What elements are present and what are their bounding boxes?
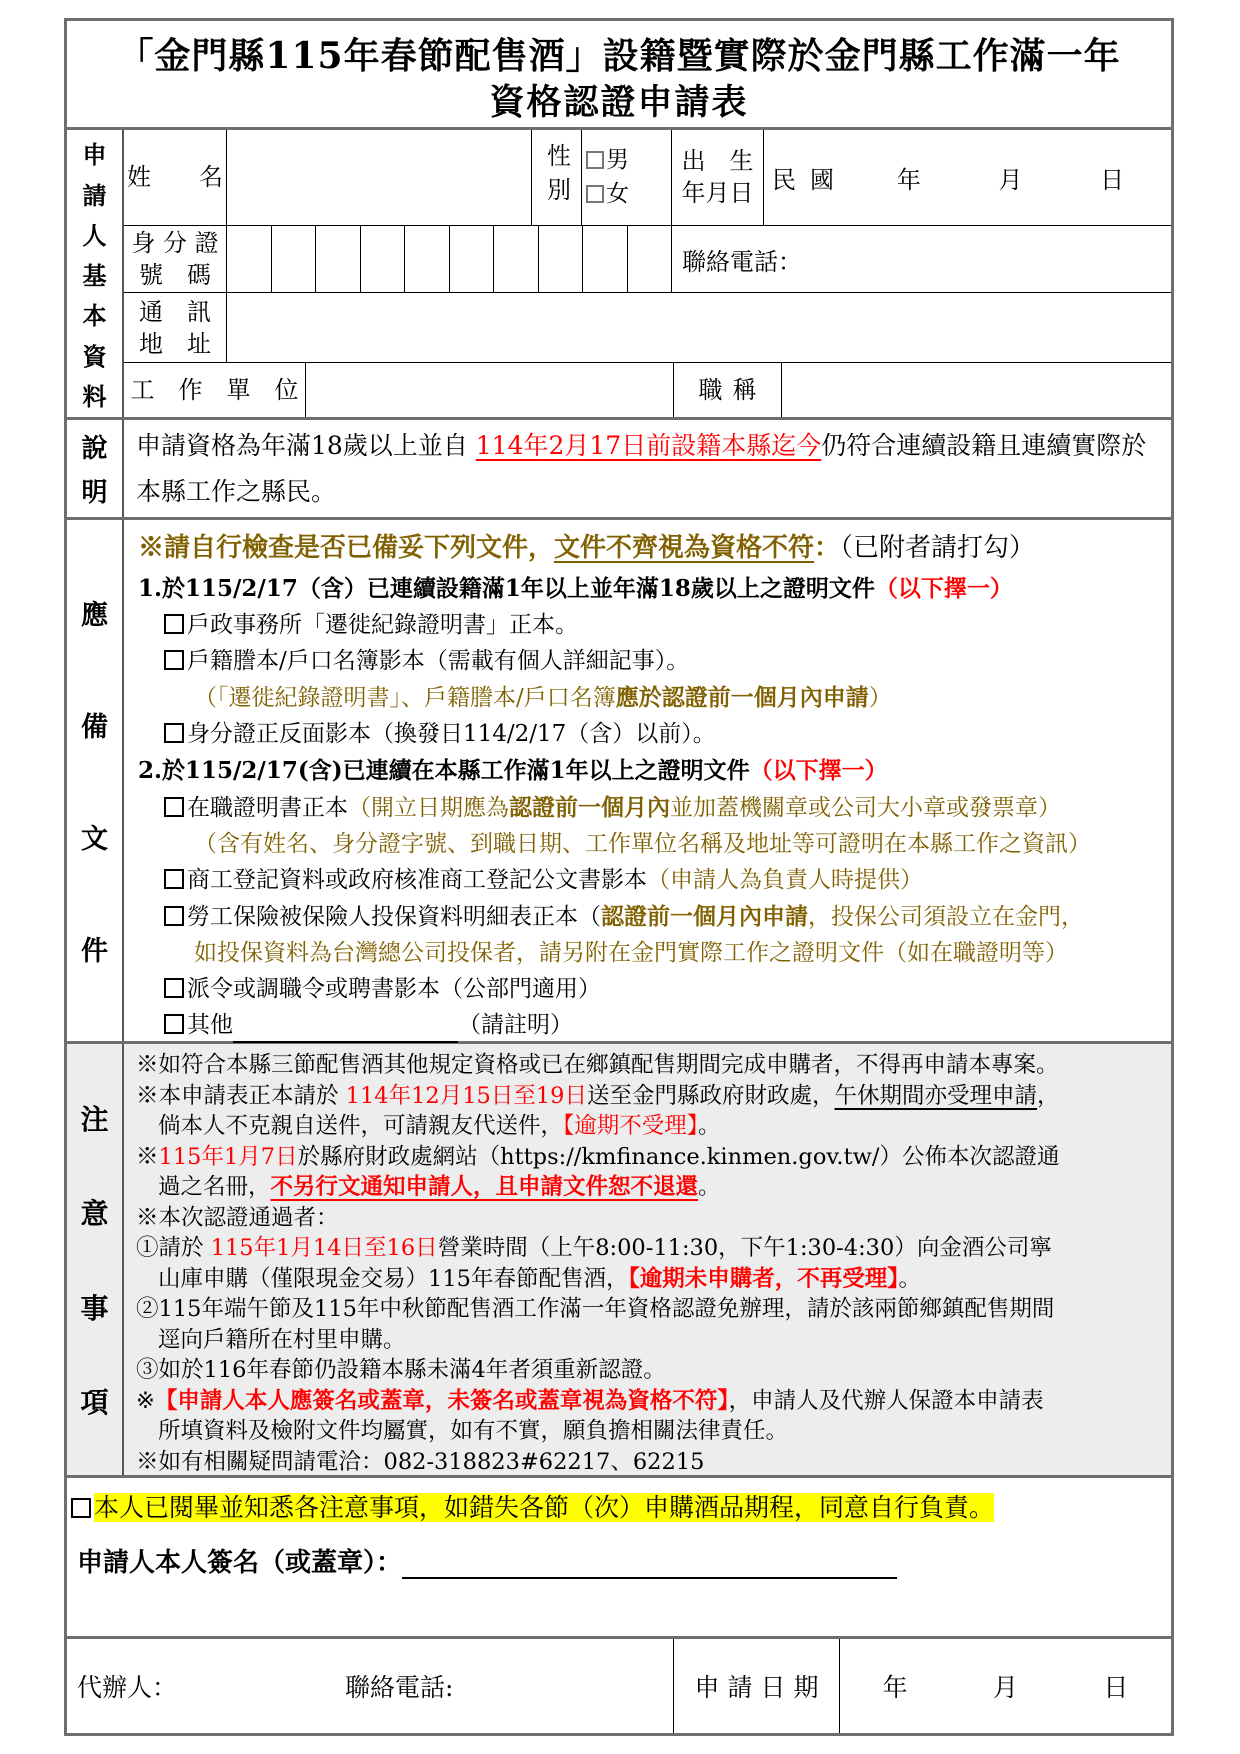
contact-phone-field[interactable]: 聯絡電話：	[672, 226, 1171, 293]
text-line: 2.於115/2/17(含)已連續在本縣工作滿1年以上之證明文件（以下擇一）	[138, 753, 1165, 789]
text-segment: 並加蓋機關章或公司大小章或發票章）	[670, 795, 1061, 821]
address-label: 通 訊 地 址	[124, 293, 227, 362]
gender-male-option[interactable]: 男	[586, 143, 629, 177]
text-segment: ）	[869, 685, 892, 711]
checkbox-icon[interactable]	[164, 614, 184, 634]
checkbox-icon[interactable]	[71, 1498, 91, 1518]
text-line: ※本次認證通過者：	[136, 1203, 1165, 1234]
text-segment: ※如符合本縣三節配售酒其他規定資格或已在鄉鎮配售期間完成申購者，不得再申請本專案…	[136, 1052, 1059, 1078]
checkbox-icon[interactable]	[164, 869, 184, 889]
application-date-field[interactable]: 年 月 日	[840, 1639, 1171, 1733]
text-segment: 申請資格為年滿18歲以上並自	[136, 431, 476, 460]
checkbox-icon[interactable]	[164, 797, 184, 817]
checkbox-icon[interactable]	[164, 978, 184, 998]
address-row: 通 訊 地 址	[124, 293, 1171, 363]
checkbox-icon[interactable]	[164, 723, 184, 743]
text-segment: 倘本人不克親自送件，可請親友代送件，	[158, 1113, 563, 1139]
basic-info-section: 申請人基本資料 姓 名 性別 男 女 出 生 年月日 民國	[67, 130, 1171, 420]
text-segment: 2.於115/2/17(含)已連續在本縣工作滿1年以上之證明文件	[138, 757, 750, 784]
birthdate-label: 出 生 年月日	[672, 130, 764, 225]
text-segment: 【逾期不受理】	[563, 1113, 698, 1139]
workplace-input-field[interactable]	[306, 363, 674, 417]
text-segment: 商工登記資料或政府核准商工登記公文書影本	[187, 867, 647, 893]
contact-phone-label: 聯絡電話：	[682, 242, 802, 277]
id-digit-cell[interactable]	[272, 226, 317, 293]
text-line: 商工登記資料或政府核准商工登記公文書影本（申請人為負責人時提供）	[138, 863, 1165, 898]
id-digit-cell[interactable]	[494, 226, 539, 293]
application-form: 「金門縣115年春節配售酒」設籍暨實際於金門縣工作滿一年 資格認證申請表 申請人…	[64, 18, 1174, 1736]
signature-input-line[interactable]	[402, 1551, 897, 1579]
text-line: ③如於116年春節仍設籍本縣未滿4年者須重新認證。	[136, 1355, 1165, 1386]
text-line: 如投保資料為台灣總公司投保者，請另附在金門實際工作之證明文件（如在職證明等）	[138, 936, 1165, 971]
text-line: 過之名冊，不另行文通知申請人，且申請文件恕不退還。	[136, 1172, 1165, 1203]
text-segment: ，	[1037, 1083, 1060, 1109]
text-line: 其他（請註明）	[138, 1008, 1165, 1043]
text-line: ※請自行檢查是否已備妥下列文件，文件不齊視為資格不符：（已附者請打勾）	[138, 526, 1165, 570]
agent-phone-label: 聯絡電話:	[345, 1668, 453, 1704]
text-segment: ：	[814, 533, 840, 563]
text-segment: 115年1月14日至16日	[211, 1235, 438, 1261]
application-date-label: 申請日期	[674, 1639, 840, 1733]
text-segment: 所填資料及檢附文件均屬實，如有不實，願負擔相關法律責任。	[158, 1418, 788, 1444]
male-checkbox-icon[interactable]	[586, 151, 604, 169]
text-segment: 勞工保險被保險人投保資料明細表正本（	[187, 904, 601, 930]
text-line: 1.於115/2/17（含）已連續設籍滿1年以上並年滿18歲以上之證明文件（以下…	[138, 571, 1165, 607]
text-line: 山庫申購（僅限現金交易）115年春節配售酒，【逾期未申購者，不再受理】。	[136, 1264, 1165, 1295]
text-segment: 應於認證前一個月內申請	[616, 684, 869, 711]
text-segment: 其他	[187, 1012, 233, 1038]
id-digit-cell[interactable]	[405, 226, 450, 293]
form-title: 「金門縣115年春節配售酒」設籍暨實際於金門縣工作滿一年 資格認證申請表	[67, 21, 1171, 130]
workplace-row: 工 作 單 位 職稱	[124, 363, 1171, 417]
id-digit-cell[interactable]	[361, 226, 406, 293]
text-segment: 114年2月17日前設籍本縣迄今	[476, 431, 821, 460]
form-title-line2: 資格認證申請表	[67, 81, 1171, 125]
text-segment: 山庫申購（僅限現金交易）115年春節配售酒，	[158, 1266, 628, 1292]
checkbox-icon[interactable]	[164, 1014, 184, 1034]
text-line: ※115年1月7日於縣府財政處網站（https://kmfinance.kinm…	[136, 1142, 1165, 1173]
checkbox-icon[interactable]	[164, 650, 184, 670]
text-line: （「遷徙紀錄證明書」、戶籍謄本/戶口名簿應於認證前一個月內申請）	[138, 680, 1165, 716]
required-documents-list: ※請自行檢查是否已備妥下列文件，文件不齊視為資格不符：（已附者請打勾）1.於11…	[124, 520, 1171, 1041]
gender-checkbox-cell: 男 女	[582, 130, 672, 225]
text-segment: （已附者請打勾）	[840, 533, 1035, 563]
text-segment: 如投保資料為台灣總公司投保者，請另附在金門實際工作之證明文件（如在職證明等）	[194, 940, 1068, 966]
text-segment: ※如有相關疑問請電洽：082-318823#62217、62215	[136, 1449, 704, 1475]
signature-row: 申請人本人簽名（或蓋章）：	[71, 1542, 1163, 1579]
text-line: 本人已閱畢並知悉各注意事項，如錯失各節（次）申購酒品期程，同意自行負責。	[71, 1488, 1163, 1528]
text-line: ②115年端午節及115年中秋節配售酒工作滿一年資格認證免辦理，請於該兩節鄉鎮配…	[136, 1294, 1165, 1325]
workplace-label: 工 作 單 位	[124, 363, 306, 417]
explanation-sidebar-label: 說明	[67, 420, 124, 517]
text-segment: 不另行文通知申請人，且申請文件恕不退還	[271, 1174, 699, 1200]
required-documents-section: 應備文件 ※請自行檢查是否已備妥下列文件，文件不齊視為資格不符：（已附者請打勾）…	[67, 520, 1171, 1044]
text-segment: 【申請人本人應簽名或蓋章，未簽名或蓋章視為資格不符】	[155, 1388, 729, 1414]
explanation-section: 說明 申請資格為年滿18歲以上並自 114年2月17日前設籍本縣迄今仍符合連續設…	[67, 420, 1171, 520]
text-segment: 認證前一個月內申請	[601, 903, 808, 930]
signature-label: 申請人本人簽名（或蓋章）：	[77, 1548, 402, 1578]
text-segment: 【逾期未申購者，不再受理】	[628, 1266, 898, 1292]
id-digit-cell[interactable]	[227, 226, 272, 293]
text-segment: ※本申請表正本請於	[136, 1083, 346, 1109]
text-segment: （以下擇一）	[875, 575, 1013, 602]
text-segment: （申請人為負責人時提供）	[647, 867, 923, 893]
job-title-input-field[interactable]	[782, 363, 1171, 417]
id-number-label: 身 分 證 號 碼	[124, 226, 227, 293]
birth-day-label: 日	[1061, 160, 1163, 195]
text-line: 戶籍謄本/戶口名簿影本（需載有個人詳細記事）。	[138, 644, 1165, 679]
notes-list: ※如符合本縣三節配售酒其他規定資格或已在鄉鎮配售期間完成申購者，不得再申請本專案…	[124, 1044, 1171, 1475]
text-segment: ①請於	[136, 1235, 211, 1261]
text-segment: ，投保公司須設立在金門，	[808, 904, 1084, 930]
text-segment: 文件不齊視為資格不符	[554, 533, 814, 563]
id-digit-cells	[227, 226, 672, 293]
text-segment: ※	[136, 1144, 159, 1170]
date-year-label: 年	[840, 1668, 950, 1704]
text-line: ※本申請表正本請於 114年12月15日至19日送至金門縣政府財政處，午休期間亦…	[136, 1081, 1165, 1112]
text-segment: ③如於116年春節仍設籍本縣未滿4年者須重新認證。	[136, 1357, 666, 1383]
text-segment: 營業時間（上午8:00-11:30，下午1:30-4:30）向金酒公司寧	[438, 1235, 1052, 1261]
birthdate-input-field[interactable]: 民國 年 月 日	[764, 130, 1171, 225]
name-input-field[interactable]	[227, 130, 532, 225]
id-digit-cell[interactable]	[539, 226, 584, 293]
birth-era-label: 民國	[772, 160, 848, 195]
text-line: ※【申請人本人應簽名或蓋章，未簽名或蓋章視為資格不符】，申請人及代辦人保證本申請…	[136, 1386, 1165, 1417]
name-row: 姓 名 性別 男 女 出 生 年月日 民國 年 月	[124, 130, 1171, 226]
text-segment: 派令或調職令或聘書影本（公部門適用）	[187, 976, 601, 1002]
text-line: 派令或調職令或聘書影本（公部門適用）	[138, 972, 1165, 1007]
text-segment: 115年1月7日	[159, 1144, 298, 1170]
text-segment: （含有姓名、身分證字號、到職日期、工作單位名稱及地址等可證明在本縣工作之資訊）	[194, 831, 1091, 857]
fill-in-blank-line[interactable]	[233, 1018, 458, 1043]
text-segment: 在職證明書正本	[187, 795, 348, 821]
id-digit-cell[interactable]	[583, 226, 628, 293]
text-line: ※如有相關疑問請電洽：082-318823#62217、62215	[136, 1447, 1165, 1478]
checkbox-icon[interactable]	[164, 906, 184, 926]
text-segment: 身分證正反面影本（換發日114/2/17（含）以前）。	[187, 721, 716, 747]
text-line: ※如符合本縣三節配售酒其他規定資格或已在鄉鎮配售期間完成申購者，不得再申請本專案…	[136, 1050, 1165, 1081]
agent-cell: 代辦人： 聯絡電話:	[67, 1639, 674, 1733]
text-segment: ，申請人及代辦人保證本申請表	[729, 1388, 1044, 1414]
text-segment: 認證前一個月內	[509, 794, 670, 821]
text-line: ①請於 115年1月14日至16日營業時間（上午8:00-11:30，下午1:3…	[136, 1233, 1165, 1264]
text-segment: 本人已閱畢並知悉各注意事項，如錯失各節（次）申購酒品期程，同意自行負責。	[94, 1493, 994, 1522]
text-segment: 。	[698, 1174, 721, 1200]
text-segment: ②115年端午節及115年中秋節配售酒工作滿一年資格認證免辦理，請於該兩節鄉鎮配…	[136, 1296, 1054, 1322]
text-line: 身分證正反面影本（換發日114/2/17（含）以前）。	[138, 717, 1165, 752]
text-segment: 戶政事務所「遷徙紀錄證明書」正本。	[187, 612, 578, 638]
text-line: 勞工保險被保險人投保資料明細表正本（認證前一個月內申請，投保公司須設立在金門，	[138, 899, 1165, 935]
birth-year-label: 年	[858, 160, 960, 195]
text-segment: 逕向戶籍所在村里申購。	[158, 1327, 406, 1353]
text-segment: 戶籍謄本/戶口名簿影本（需載有個人詳細記事）。	[187, 648, 689, 674]
notes-sidebar-label: 注意事項	[67, 1044, 124, 1475]
text-segment: （請註明）	[458, 1012, 573, 1038]
required-documents-sidebar-label: 應備文件	[67, 520, 124, 1041]
text-segment: （以下擇一）	[750, 757, 888, 784]
gender-female-option[interactable]: 女	[586, 177, 629, 211]
text-line: 在職證明書正本（開立日期應為認證前一個月內並加蓋機關章或公司大小章或發票章）	[138, 790, 1165, 826]
text-segment: 。	[898, 1266, 921, 1292]
text-segment: （「遷徙紀錄證明書」、戶籍謄本/戶口名簿	[194, 685, 616, 711]
id-digit-cell[interactable]	[628, 226, 672, 293]
consent-statement: 本人已閱畢並知悉各注意事項，如錯失各節（次）申購酒品期程，同意自行負責。	[71, 1488, 1163, 1528]
text-line: 申請資格為年滿18歲以上並自 114年2月17日前設籍本縣迄今仍符合連續設籍且連…	[136, 423, 1161, 515]
id-number-row: 身 分 證 號 碼 聯絡電話：	[124, 226, 1171, 294]
text-segment: ※	[136, 1388, 155, 1414]
explanation-text: 申請資格為年滿18歲以上並自 114年2月17日前設籍本縣迄今仍符合連續設籍且連…	[124, 420, 1171, 517]
id-digit-cell[interactable]	[450, 226, 495, 293]
date-month-label: 月	[950, 1668, 1060, 1704]
text-segment: 於縣府財政處網站（https://kmfinance.kinmen.gov.tw…	[298, 1144, 1060, 1170]
name-label: 姓 名	[124, 130, 227, 225]
consent-section: 本人已閱畢並知悉各注意事項，如錯失各節（次）申購酒品期程，同意自行負責。 申請人…	[67, 1478, 1171, 1639]
notes-section: 注意事項 ※如符合本縣三節配售酒其他規定資格或已在鄉鎮配售期間完成申購者，不得再…	[67, 1044, 1171, 1478]
gender-label: 性別	[532, 130, 582, 225]
text-segment: 午休期間亦受理申請	[835, 1083, 1038, 1109]
job-title-label: 職稱	[674, 363, 782, 417]
text-segment: （開立日期應為	[348, 795, 509, 821]
address-input-field[interactable]	[227, 293, 1171, 362]
birth-month-label: 月	[960, 160, 1062, 195]
text-line: 戶政事務所「遷徙紀錄證明書」正本。	[138, 608, 1165, 643]
text-line: 倘本人不克親自送件，可請親友代送件，【逾期不受理】。	[136, 1111, 1165, 1142]
text-segment: 過之名冊，	[158, 1174, 271, 1200]
id-digit-cell[interactable]	[316, 226, 361, 293]
text-line: （含有姓名、身分證字號、到職日期、工作單位名稱及地址等可證明在本縣工作之資訊）	[138, 827, 1165, 862]
text-segment: 。	[698, 1113, 721, 1139]
text-segment: 1.於115/2/17（含）已連續設籍滿1年以上並年滿18歲以上之證明文件	[138, 575, 875, 602]
basic-info-sidebar-label: 申請人基本資料	[67, 130, 124, 417]
text-segment: 114年12月15日至19日	[346, 1083, 587, 1109]
text-segment: 送至金門縣政府財政處，	[587, 1083, 835, 1109]
text-segment: ※本次認證通過者：	[136, 1205, 339, 1231]
agent-label: 代辦人：	[77, 1668, 177, 1704]
text-line: 所填資料及檢附文件均屬實，如有不實，願負擔相關法律責任。	[136, 1416, 1165, 1447]
date-day-label: 日	[1061, 1668, 1171, 1704]
text-line: 逕向戶籍所在村里申購。	[136, 1325, 1165, 1356]
form-title-line1: 「金門縣115年春節配售酒」設籍暨實際於金門縣工作滿一年	[67, 31, 1171, 81]
footer-row: 代辦人： 聯絡電話: 申請日期 年 月 日	[67, 1639, 1171, 1733]
text-segment: ※請自行檢查是否已備妥下列文件，	[138, 533, 554, 563]
female-checkbox-icon[interactable]	[586, 185, 604, 203]
